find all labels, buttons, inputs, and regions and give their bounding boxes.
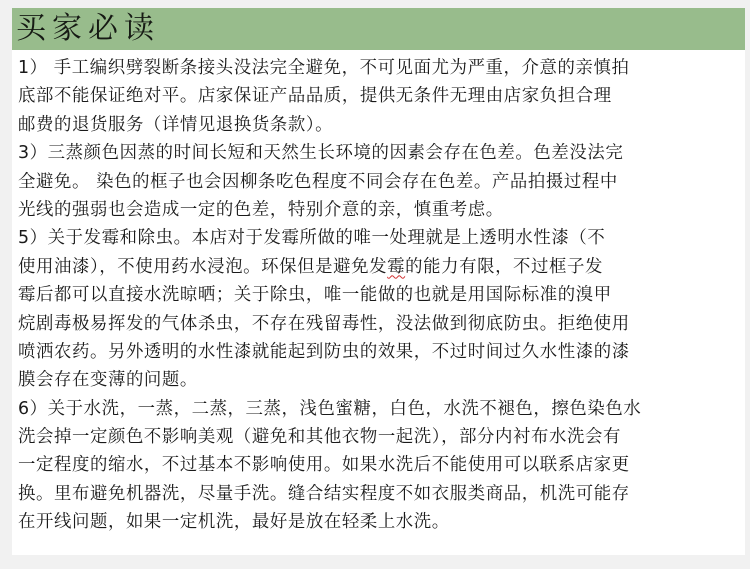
text-line: 膜会存在变薄的问题。 <box>18 366 748 394</box>
text-line: 邮费的退货服务（详情见退换货条款）。 <box>18 111 748 139</box>
text-line: 在开线问题，如果一定机洗，最好是放在轻柔上水洗。 <box>18 508 748 536</box>
notice-panel: 1） 手工编织劈裂断条接头没法完全避免，不可见面尤为严重，介意的亲慎拍 底部不能… <box>12 50 745 555</box>
notice-text: 1） 手工编织劈裂断条接头没法完全避免，不可见面尤为严重，介意的亲慎拍 底部不能… <box>18 54 748 537</box>
text-line: 底部不能保证绝对平。店家保证产品品质，提供无条件无理由店家负担合理 <box>18 82 748 110</box>
text-line: 6）关于水洗，一蒸，二蒸，三蒸，浅色蜜糖，白色，水洗不褪色，擦色染色水 <box>18 395 748 423</box>
text-line: 全避免。 染色的框子也会因柳条吃色程度不同会存在色差。产品拍摄过程中 <box>18 168 748 196</box>
text-line: 一定程度的缩水，不过基本不影响使用。如果水洗后不能使用可以联系店家更 <box>18 451 748 479</box>
text-line: 使用油漆），不使用药水浸泡。环保但是避免发霉的能力有限，不过框子发 <box>18 253 748 281</box>
text-segment: 使用油漆），不使用药水浸泡。环保但是避免发 <box>18 257 387 277</box>
text-segment: 的能力有限，不过框子发 <box>405 257 603 277</box>
text-line: 烷剧毒极易挥发的气体杀虫，不存在残留毒性，没法做到彻底防虫。拒绝使用 <box>18 310 748 338</box>
text-line: 换。里布避免机器洗，尽量手洗。缝合结实程度不如衣服类商品，机洗可能存 <box>18 480 748 508</box>
text-line: 光线的强弱也会造成一定的色差，特别介意的亲，慎重考虑。 <box>18 196 748 224</box>
text-line: 1） 手工编织劈裂断条接头没法完全避免，不可见面尤为严重，介意的亲慎拍 <box>18 54 748 82</box>
text-line: 喷洒农药。另外透明的水性漆就能起到防虫的效果，不过时间过久水性漆的漆 <box>18 338 748 366</box>
header-banner: 买家必读 <box>12 8 745 50</box>
text-line: 5）关于发霉和除虫。本店对于发霉所做的唯一处理就是上透明水性漆（不 <box>18 224 748 252</box>
spellcheck-marked-word: 霉 <box>387 257 405 277</box>
text-line: 洗会掉一定颜色不影响美观（避免和其他衣物一起洗），部分内衬布水洗会有 <box>18 423 748 451</box>
page-title: 买家必读 <box>16 11 160 47</box>
text-line: 霉后都可以直接水洗晾晒；关于除虫，唯一能做的也就是用国际标准的溴甲 <box>18 281 748 309</box>
text-line: 3）三蒸颜色因蒸的时间长短和天然生长环境的因素会存在色差。色差没法完 <box>18 139 748 167</box>
